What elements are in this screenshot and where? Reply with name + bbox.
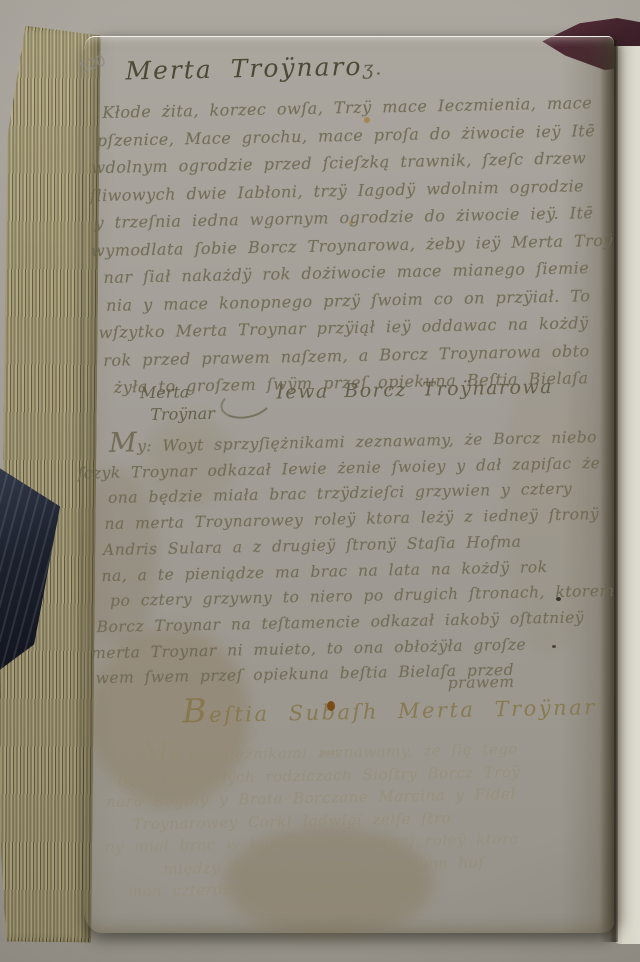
signature-left: Merta Troÿnar: [140, 381, 215, 426]
heading-flourish: ʒ.: [362, 57, 383, 79]
ink-speck: [556, 597, 561, 601]
manuscript-page: 520 Merta Troÿnaroʒ. Kłode żita, korzec …: [84, 36, 614, 933]
entry-heading: Merta Troÿnaroʒ.: [125, 51, 383, 85]
paragraph-3: My przÿſiężnikami zeznawamy, że ſię tego…: [101, 733, 618, 904]
ink-speck: [552, 645, 556, 648]
wax-fleck: [349, 221, 353, 225]
signature-name: Iewa Borcz Troÿnarowa: [276, 376, 553, 404]
ink-blot: [327, 701, 335, 711]
signature-name: Troÿnar: [150, 403, 215, 426]
signature-block: Merta Troÿnar Iewa Borcz Troÿnarowa: [140, 374, 554, 430]
handwriting-layer: 520 Merta Troÿnaroʒ. Kłode żita, korzec …: [77, 33, 625, 939]
wax-fleck: [364, 117, 370, 123]
signature-name: Merta: [140, 381, 215, 404]
signature-flourish: [218, 383, 275, 422]
paragraph-1: Kłode żita, korzec owſa, Trzÿ mace Ieczm…: [88, 89, 608, 402]
entry-heading-text: Merta Troÿnaro: [125, 52, 363, 86]
paragraph-2: My: Woyt sprzyſiężnikami zeznawamy, że B…: [95, 421, 614, 692]
manuscript-photo: 520 Merta Troÿnaroʒ. Kłode żita, korzec …: [0, 0, 640, 962]
pencil-folio-number: 520: [77, 51, 107, 76]
entry-heading-2: Beſtia Subaſh Merta Troÿnar: [182, 683, 597, 730]
